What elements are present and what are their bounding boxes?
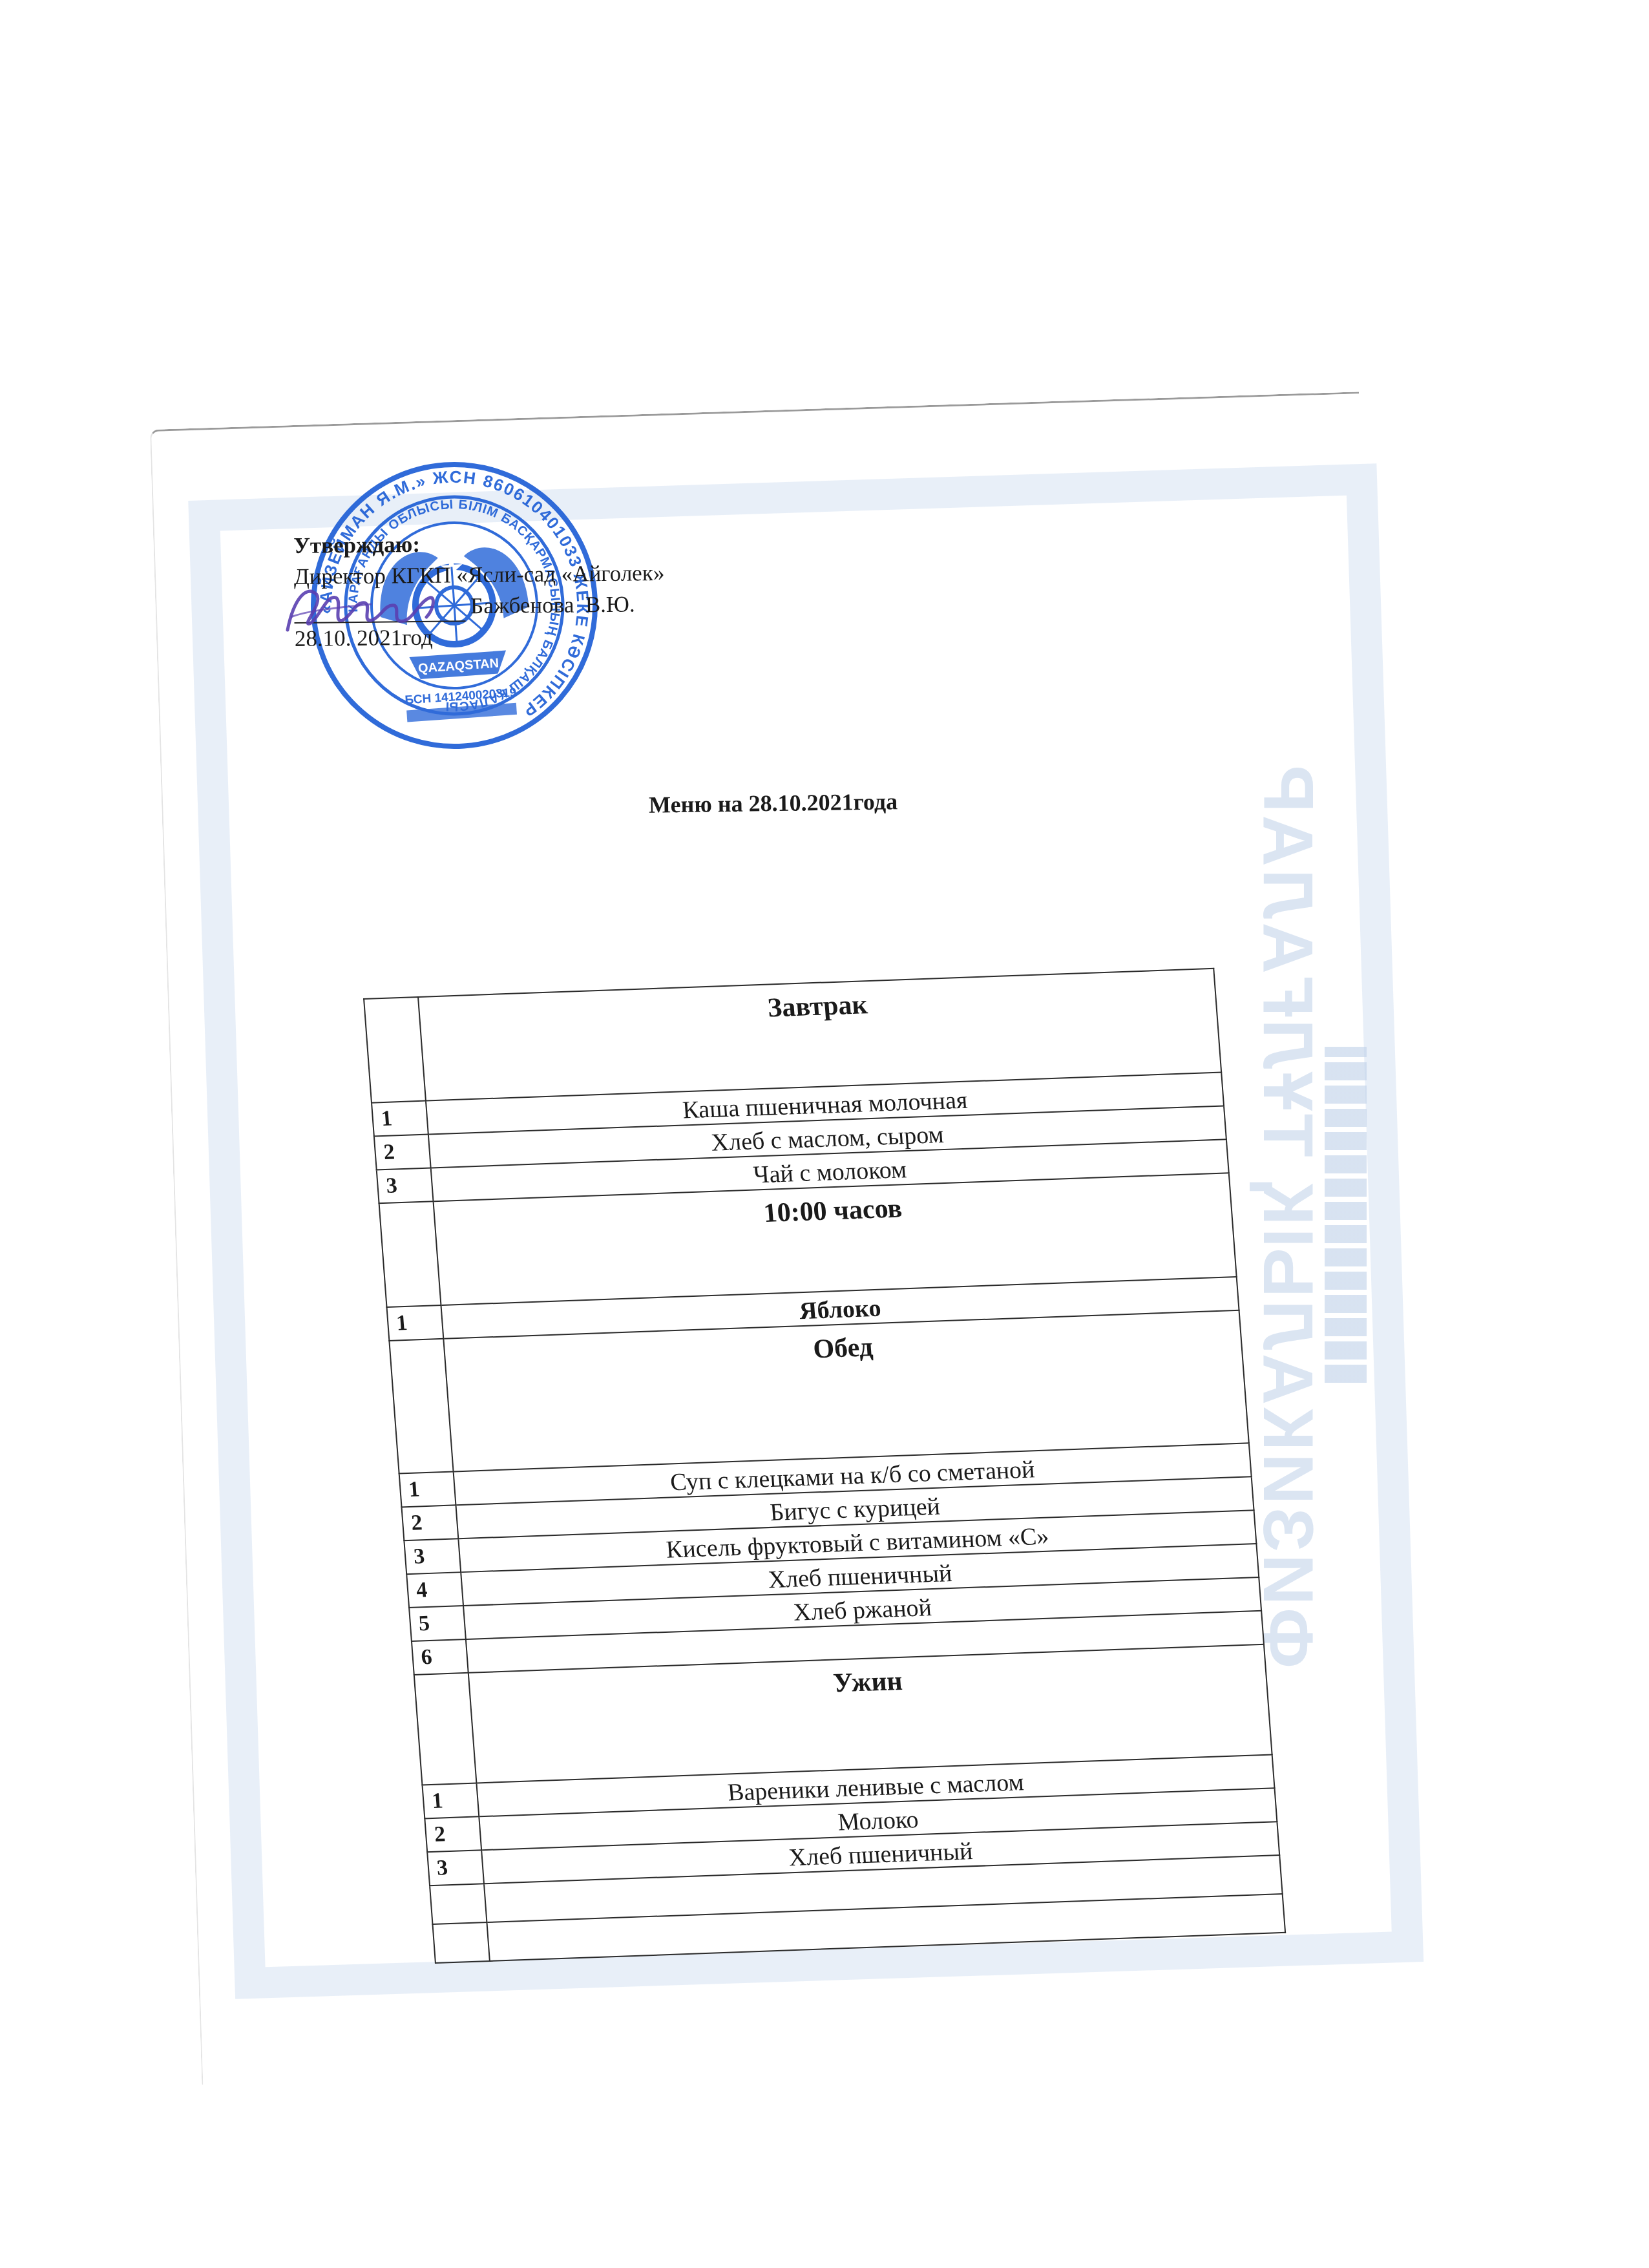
row-number: 2 (402, 1505, 459, 1540)
row-number: 3 (427, 1850, 484, 1885)
document-title: Меню на 28.10.2021года (649, 788, 898, 818)
row-number (430, 1884, 487, 1924)
approval-signatory: Бажбенова В.Ю. (470, 591, 635, 618)
row-number: 3 (404, 1538, 461, 1574)
row-number: 2 (374, 1135, 431, 1170)
row-number: 1 (422, 1783, 479, 1819)
row-number (432, 1922, 489, 1963)
row-number: 4 (406, 1572, 463, 1608)
row-number: 1 (372, 1101, 428, 1137)
handwritten-signature-icon (281, 578, 449, 640)
row-number: 5 (409, 1606, 466, 1641)
row-number: 2 (425, 1816, 481, 1852)
row-number: 6 (412, 1639, 468, 1675)
row-number: 1 (387, 1305, 444, 1341)
menu-table: Завтрак 1 Каша пшеничная молочная 2 Хлеб… (363, 968, 1286, 1964)
approval-heading: Утверждаю: (293, 527, 664, 562)
row-number: 1 (399, 1471, 456, 1507)
row-number: 3 (377, 1168, 434, 1203)
